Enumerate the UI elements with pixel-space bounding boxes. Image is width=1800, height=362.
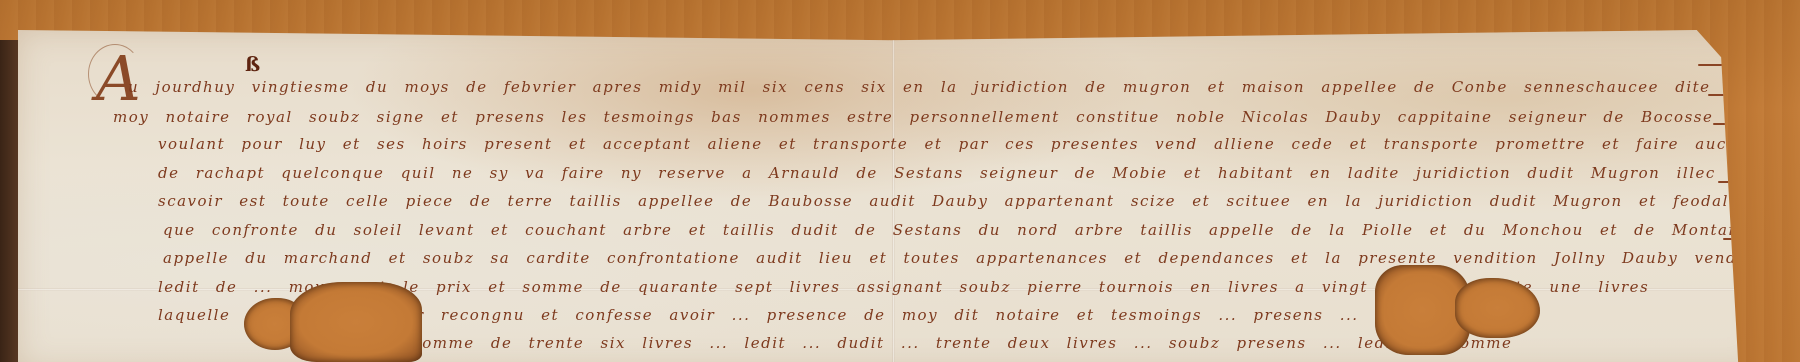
line-end-flourish	[1708, 94, 1734, 96]
line-end-flourish	[1718, 181, 1742, 183]
parchment-hole-large-left	[290, 282, 422, 362]
manuscript-line-4: de rachapt quelconque quil ne sy va fair…	[158, 164, 1800, 182]
manuscript-line-3: voulant pour luy et ses hoirs present et…	[158, 135, 1800, 153]
manuscript-line-10: ... somme de trente six livres ... ledit…	[378, 334, 1512, 352]
line-end-flourish	[1713, 123, 1737, 125]
line-end-flourish	[1698, 64, 1728, 66]
manuscript-line-6: que confronte du soleil levant et coucha…	[163, 221, 1800, 239]
notarial-mark: ß	[245, 52, 260, 76]
manuscript-line-2: moy notaire royal soubz signe et presens…	[113, 108, 1800, 126]
manuscript-line-1: u jourdhuy vingtiesme du moys de febvrie…	[128, 78, 1800, 96]
manuscript-line-5: scavoir est toute celle piece de terre t…	[158, 192, 1800, 210]
table-edge-shadow	[0, 40, 20, 362]
manuscript-line-7: appelle du marchand et soubz sa cardite …	[163, 249, 1800, 267]
line-end-flourish	[1723, 238, 1747, 240]
